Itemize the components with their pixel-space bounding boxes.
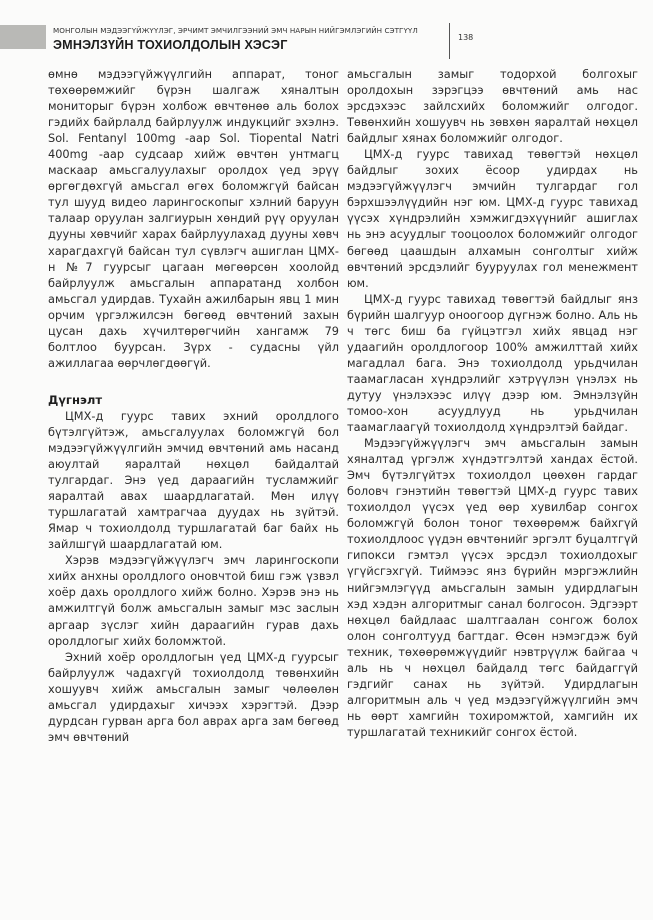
section-heading-conclusion: Дүгнэлт: [48, 392, 339, 408]
paragraph: өмнө мэдээгүйжүүлгийн аппарат, тоног төх…: [48, 66, 339, 371]
running-header: МОНГОЛЫН МЭДЭЭГҮЙЖҮҮЛЭГ, ЭРЧИМТ ЭМЧИЛГЭЭ…: [53, 26, 443, 52]
paragraph: амьсгалын замыг тодорхой болгохыг оролдо…: [347, 66, 638, 146]
paragraph: ЦМХ-д гуурс тавихад төвөгтэй нөхцөл байд…: [347, 146, 638, 290]
header-gray-tab: [0, 25, 46, 49]
paragraph: Хэрэв мэдээгүйжүүлэгч эмч ларингоскопи х…: [48, 552, 339, 648]
section-title: ЭМНЭЛЗҮЙН ТОХИОЛДОЛЫН ХЭСЭГ: [53, 38, 443, 52]
page-number: 138: [458, 33, 473, 42]
paragraph: ЦМХ-д гуурс тавих эхний оролдлого бүтэлг…: [48, 408, 339, 552]
left-column: өмнө мэдээгүйжүүлгийн аппарат, тоног төх…: [48, 66, 339, 745]
journal-title: МОНГОЛЫН МЭДЭЭГҮЙЖҮҮЛЭГ, ЭРЧИМТ ЭМЧИЛГЭЭ…: [53, 26, 443, 35]
paragraph: Мэдээгүйжүүлэгч эмч амьсгалын замын хяна…: [347, 435, 638, 740]
paragraph: Эхний хоёр оролдлогын үед ЦМХ-д гуурсыг …: [48, 649, 339, 745]
paragraph: ЦМХ-д гуурс тавихад төвөгтэй байдлыг янз…: [347, 291, 638, 435]
right-column: амьсгалын замыг тодорхой болгохыг оролдо…: [347, 66, 638, 740]
header-divider: [449, 23, 450, 59]
